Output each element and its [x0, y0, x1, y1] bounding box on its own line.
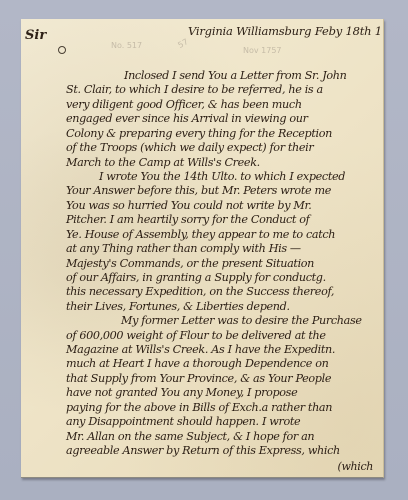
letter-line: paying for the above in Bills of Exch.a …: [66, 401, 332, 414]
letter-line: at any Thing rather than comply with His…: [66, 242, 301, 255]
pencil-note: 57: [176, 37, 189, 50]
letter-line: much at Heart I have a thorough Dependen…: [66, 357, 328, 370]
letter-line: March to the Camp at Wills's Creek.: [66, 156, 260, 169]
letter-line: of 600,000 weight of Flour to be deliver…: [66, 329, 326, 342]
letter-line: You was so hurried You could not write b…: [66, 199, 312, 212]
letter-line: any Disappointment should happen. I wrot…: [66, 415, 300, 428]
letter-line: of our Affairs, in granting a Supply for…: [66, 271, 326, 284]
catchword: (which: [338, 460, 373, 473]
letter-line: Your Answer before this, but Mr. Peters …: [66, 184, 331, 197]
letter-line: very diligent good Officer, & has been m…: [66, 98, 302, 111]
letter-page: Sir Virginia Williamsburg Feby 18th 1755…: [21, 19, 384, 478]
letter-line: agreeable Answer by Return of this Expre…: [66, 444, 340, 457]
letter-line: this necessary Expedition, on the Succes…: [66, 285, 334, 298]
letter-line: Ye. House of Assembly, they appear to me…: [66, 228, 335, 241]
letter-line: Magazine at Wills's Creek. As I have the…: [66, 343, 335, 356]
dateline-place: Virginia Williamsburg: [188, 24, 311, 38]
letter-line: St. Clair, to which I desire to be refer…: [66, 83, 323, 96]
letter-line: Mr. Allan on the same Subject, & I hope …: [66, 430, 314, 443]
letter-line: Colony & preparing every thing for the R…: [66, 127, 332, 140]
letter-line: Pitcher. I am heartily sorry for the Con…: [66, 213, 309, 226]
letter-line: My former Letter was to desire the Purch…: [121, 314, 362, 327]
letter-line: that Supply from Your Province, & as You…: [66, 372, 331, 385]
pencil-note: No. 517: [111, 41, 142, 50]
scan-background: Sir Virginia Williamsburg Feby 18th 1755…: [0, 0, 408, 500]
dateline-date: Feby 18th 1755: [315, 24, 384, 38]
dateline: Virginia Williamsburg Feby 18th 1755: [188, 24, 384, 38]
salutation: Sir: [25, 28, 46, 43]
letter-line: I wrote You the 14th Ulto. to which I ex…: [99, 170, 345, 183]
letter-line: their Lives, Fortunes, & Liberties depen…: [66, 300, 290, 313]
letter-line: of the Troops (which we daily expect) fo…: [66, 141, 313, 154]
circle-mark-icon: [58, 46, 66, 54]
letter-line: have not granted You any Money, I propos…: [66, 386, 297, 399]
letter-line: engaged ever since his Arrival in viewin…: [66, 112, 308, 125]
pencil-note: Nov 1757: [243, 46, 282, 55]
letter-line: Majesty's Commands, or the present Situa…: [66, 257, 314, 270]
letter-line: Inclosed I send You a Letter from Sr. Jo…: [124, 69, 346, 82]
